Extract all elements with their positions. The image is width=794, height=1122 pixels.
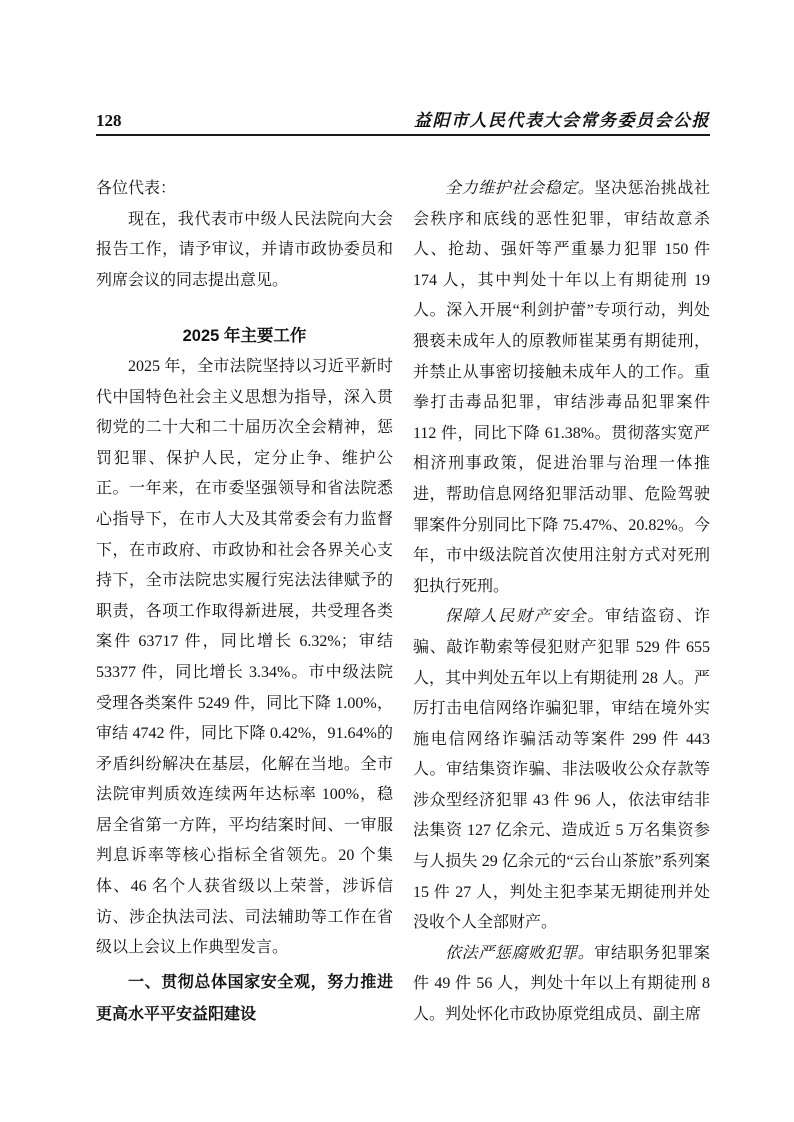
main-section-heading: 2025 年主要工作 bbox=[96, 321, 393, 352]
header-title: 益阳市人民代表大会常务委员会公报 bbox=[414, 109, 710, 133]
page-header: 128 益阳市人民代表大会常务委员会公报 bbox=[96, 109, 710, 133]
paragraph-social-stability: 全力维护社会稳定。坚决惩治挑战社会秩序和底线的恶性犯罪，审结故意杀人、抢劫、强奸… bbox=[413, 174, 710, 602]
paragraph-text-social-stability: 坚决惩治挑战社会秩序和底线的恶性犯罪，审结故意杀人、抢劫、强奸等严重暴力犯罪 1… bbox=[413, 180, 710, 595]
gazette-page: 128 益阳市人民代表大会常务委员会公报 各位代表： 现在，我代表市中级人民法院… bbox=[0, 0, 794, 1122]
page-number: 128 bbox=[96, 109, 122, 133]
paragraph-lead-property-safety: 保障人民财产安全。 bbox=[445, 608, 605, 625]
intro-paragraph: 现在，我代表市中级人民法院向大会报告工作，请予审议，并请市政协委员和列席会议的同… bbox=[96, 205, 393, 297]
right-column: 全力维护社会稳定。坚决惩治挑战社会秩序和底线的恶性犯罪，审结故意杀人、抢劫、强奸… bbox=[413, 174, 710, 1031]
annual-work-paragraph: 2025 年，全市法院坚持以习近平新时代中国特色社会主义思想为指导，深入贯彻党的… bbox=[96, 352, 393, 964]
paragraph-lead-social-stability: 全力维护社会稳定。 bbox=[445, 180, 594, 197]
subsection-heading-security: 一、贯彻总体国家安全观，努力推进更高水平平安益阳建设 bbox=[96, 967, 393, 1031]
header-rule bbox=[96, 134, 710, 136]
paragraph-property-safety: 保障人民财产安全。审结盗窃、诈骗、敲诈勒索等侵犯财产犯罪 529 件 655 人… bbox=[413, 602, 710, 939]
left-column: 各位代表： 现在，我代表市中级人民法院向大会报告工作，请予审议，并请市政协委员和… bbox=[96, 174, 393, 1031]
salutation: 各位代表： bbox=[96, 174, 393, 205]
two-column-body: 各位代表： 现在，我代表市中级人民法院向大会报告工作，请予审议，并请市政协委员和… bbox=[96, 174, 710, 1031]
paragraph-text-property-safety: 审结盗窃、诈骗、敲诈勒索等侵犯财产犯罪 529 件 655 人，其中判处五年以上… bbox=[413, 608, 710, 931]
paragraph-corruption: 依法严惩腐败犯罪。审结职务犯罪案件 49 件 56 人，判处十年以上有期徒刑 8… bbox=[413, 939, 710, 1031]
paragraph-lead-corruption: 依法严惩腐败犯罪。 bbox=[445, 945, 594, 962]
